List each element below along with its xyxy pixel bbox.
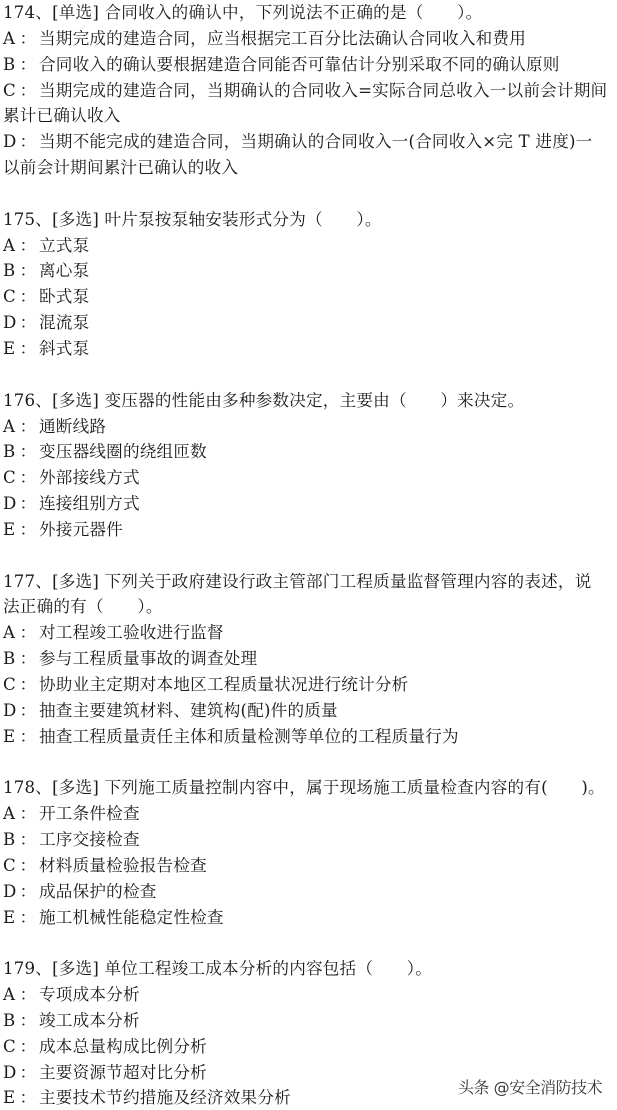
option-key: A — [3, 620, 17, 646]
option-a: A：专项成本分析 — [3, 982, 617, 1008]
option-text: 合同收入的确认要根据建造合同能否可靠估计分别采取不同的确认原则 — [39, 55, 560, 74]
option-text: 斜式泵 — [39, 339, 89, 358]
option-key: E — [3, 517, 17, 543]
option-key: E — [3, 336, 17, 362]
option-separator: ： — [17, 672, 39, 698]
option-c: C：卧式泵 — [3, 284, 617, 310]
option-text: 立式泵 — [39, 236, 89, 255]
option-c: C：成本总量构成比例分析 — [3, 1034, 617, 1060]
option-c: C：当期完成的建造合同，当期确认的合同收入=实际合同总收入一以前会计期间 — [3, 78, 617, 104]
option-key: D — [3, 1060, 17, 1086]
blank-line — [3, 749, 617, 775]
option-text: 混流泵 — [39, 313, 89, 332]
option-key: C — [3, 1034, 17, 1060]
option-key: D — [3, 879, 17, 905]
option-key: B — [3, 439, 17, 465]
option-key: D — [3, 698, 17, 724]
option-d: D：抽查主要建筑材料、建筑构(配)件的质量 — [3, 698, 617, 724]
option-a: A：通断线路 — [3, 414, 617, 440]
option-separator: ： — [17, 620, 39, 646]
option-separator: ： — [17, 258, 39, 284]
option-text: 协助业主定期对本地区工程质量状况进行统计分析 — [39, 675, 408, 694]
option-key: B — [3, 1008, 17, 1034]
option-separator: ： — [17, 26, 39, 52]
option-d-continuation: 以前会计期间累汁已确认的收入 — [3, 155, 617, 181]
option-key: A — [3, 414, 17, 440]
question-header: 178、[多选] 下列施工质量控制内容中，属于现场施工质量检查内容的有( )。 — [3, 775, 617, 801]
option-text: 主要资源节超对比分析 — [39, 1063, 207, 1082]
question-175: 175、[多选] 叶片泵按泵轴安装形式分为（ ）。 A：立式泵 B：离心泵 C：… — [3, 207, 617, 362]
option-b: B：工序交接检查 — [3, 827, 617, 853]
option-key: B — [3, 258, 17, 284]
option-key: A — [3, 982, 17, 1008]
option-text: 当期完成的建造合同，应当根据完工百分比法确认合同收入和费用 — [39, 29, 526, 48]
option-d: D：成品保护的检查 — [3, 879, 617, 905]
option-a: A：当期完成的建造合同，应当根据完工百分比法确认合同收入和费用 — [3, 26, 617, 52]
question-document: 174、[单选] 合同收入的确认中，下列说法不正确的是（ ）。 A：当期完成的建… — [3, 0, 617, 1110]
option-e: E：抽查工程质量责任主体和质量检测等单位的工程质量行为 — [3, 724, 617, 750]
option-separator: ： — [17, 801, 39, 827]
option-text: 外接元器件 — [39, 520, 123, 539]
option-separator: ： — [17, 284, 39, 310]
option-text: 专项成本分析 — [39, 985, 140, 1004]
question-header: 174、[单选] 合同收入的确认中，下列说法不正确的是（ ）。 — [3, 0, 617, 26]
option-text: 主要技术节约措施及经济效果分析 — [39, 1088, 291, 1107]
question-174: 174、[单选] 合同收入的确认中，下列说法不正确的是（ ）。 A：当期完成的建… — [3, 0, 617, 181]
option-key: E — [3, 724, 17, 750]
option-text: 外部接线方式 — [39, 468, 140, 487]
option-text: 抽查主要建筑材料、建筑构(配)件的质量 — [39, 701, 338, 720]
option-separator: ： — [17, 439, 39, 465]
option-text: 参与工程质量事故的调查处理 — [39, 649, 257, 668]
option-separator: ： — [17, 336, 39, 362]
option-d: D：混流泵 — [3, 310, 617, 336]
option-separator: ： — [17, 78, 39, 104]
option-text: 卧式泵 — [39, 287, 89, 306]
question-178: 178、[多选] 下列施工质量控制内容中，属于现场施工质量检查内容的有( )。 … — [3, 775, 617, 930]
option-text: 成本总量构成比例分析 — [39, 1037, 207, 1056]
option-key: E — [3, 1085, 17, 1110]
blank-line — [3, 181, 617, 207]
option-key: E — [3, 905, 17, 931]
option-separator: ： — [17, 414, 39, 440]
option-key: C — [3, 853, 17, 879]
option-separator: ： — [17, 310, 39, 336]
option-text: 工序交接检查 — [39, 830, 140, 849]
question-header: 175、[多选] 叶片泵按泵轴安装形式分为（ ）。 — [3, 207, 617, 233]
option-e: E：斜式泵 — [3, 336, 617, 362]
question-177: 177、[多选] 下列关于政府建设行政主管部门工程质量监督管理内容的表述，说 法… — [3, 569, 617, 750]
option-separator: ： — [17, 1085, 39, 1110]
option-separator: ： — [17, 129, 39, 155]
option-key: A — [3, 801, 17, 827]
option-key: A — [3, 26, 17, 52]
option-text: 成品保护的检查 — [39, 882, 157, 901]
option-c: C：协助业主定期对本地区工程质量状况进行统计分析 — [3, 672, 617, 698]
option-text: 通断线路 — [39, 417, 106, 436]
option-text: 连接组别方式 — [39, 494, 140, 513]
option-separator: ： — [17, 698, 39, 724]
question-header: 176、[多选] 变压器的性能由多种参数决定，主要由（ ）来决定。 — [3, 388, 617, 414]
option-text: 开工条件检查 — [39, 804, 140, 823]
option-key: B — [3, 52, 17, 78]
option-separator: ： — [17, 724, 39, 750]
option-key: C — [3, 284, 17, 310]
option-b: B：参与工程质量事故的调查处理 — [3, 646, 617, 672]
option-d: D：当期不能完成的建造合同，当期确认的合同收入一(合同收入×完 T 进度)一 — [3, 129, 617, 155]
option-e: E：施工机械性能稳定性检查 — [3, 905, 617, 931]
option-key: C — [3, 465, 17, 491]
option-a: A：立式泵 — [3, 233, 617, 259]
option-separator: ： — [17, 827, 39, 853]
option-text: 当期不能完成的建造合同，当期确认的合同收入一(合同收入×完 T 进度)一 — [39, 132, 592, 151]
option-separator: ： — [17, 982, 39, 1008]
option-key: D — [3, 310, 17, 336]
option-text: 离心泵 — [39, 261, 89, 280]
option-key: D — [3, 491, 17, 517]
option-b: B：竣工成本分析 — [3, 1008, 617, 1034]
option-text: 竣工成本分析 — [39, 1011, 140, 1030]
question-header-continuation: 法正确的有（ ）。 — [3, 594, 617, 620]
option-a: A：开工条件检查 — [3, 801, 617, 827]
option-e: E：外接元器件 — [3, 517, 617, 543]
blank-line — [3, 362, 617, 388]
option-separator: ： — [17, 491, 39, 517]
option-separator: ： — [17, 905, 39, 931]
option-separator: ： — [17, 1008, 39, 1034]
option-separator: ： — [17, 879, 39, 905]
option-d: D：连接组别方式 — [3, 491, 617, 517]
option-a: A：对工程竣工验收进行监督 — [3, 620, 617, 646]
option-separator: ： — [17, 465, 39, 491]
option-key: B — [3, 646, 17, 672]
option-c: C：材料质量检验报告检查 — [3, 853, 617, 879]
option-text: 对工程竣工验收进行监督 — [39, 623, 224, 642]
option-key: B — [3, 827, 17, 853]
option-text: 施工机械性能稳定性检查 — [39, 908, 224, 927]
question-header: 179、[多选] 单位工程竣工成本分析的内容包括（ ）。 — [3, 956, 617, 982]
option-key: C — [3, 672, 17, 698]
blank-line — [3, 930, 617, 956]
option-separator: ： — [17, 646, 39, 672]
blank-line — [3, 543, 617, 569]
option-key: C — [3, 78, 17, 104]
option-separator: ： — [17, 517, 39, 543]
watermark: 头条 @安全消防技术 — [458, 1075, 602, 1098]
option-separator: ： — [17, 52, 39, 78]
option-b: B：合同收入的确认要根据建造合同能否可靠估计分别采取不同的确认原则 — [3, 52, 617, 78]
question-176: 176、[多选] 变压器的性能由多种参数决定，主要由（ ）来决定。 A：通断线路… — [3, 388, 617, 543]
option-b: B：变压器线圈的绕组匝数 — [3, 439, 617, 465]
option-separator: ： — [17, 1034, 39, 1060]
option-separator: ： — [17, 853, 39, 879]
question-header: 177、[多选] 下列关于政府建设行政主管部门工程质量监督管理内容的表述，说 — [3, 569, 617, 595]
option-text: 当期完成的建造合同，当期确认的合同收入=实际合同总收入一以前会计期间 — [39, 81, 607, 100]
option-separator: ： — [17, 233, 39, 259]
option-key: D — [3, 129, 17, 155]
option-separator: ： — [17, 1060, 39, 1086]
option-text: 变压器线圈的绕组匝数 — [39, 442, 207, 461]
option-text: 抽查工程质量责任主体和质量检测等单位的工程质量行为 — [39, 727, 459, 746]
option-c-continuation: 累计已确认收入 — [3, 103, 617, 129]
option-c: C：外部接线方式 — [3, 465, 617, 491]
option-key: A — [3, 233, 17, 259]
option-b: B：离心泵 — [3, 258, 617, 284]
option-text: 材料质量检验报告检查 — [39, 856, 207, 875]
